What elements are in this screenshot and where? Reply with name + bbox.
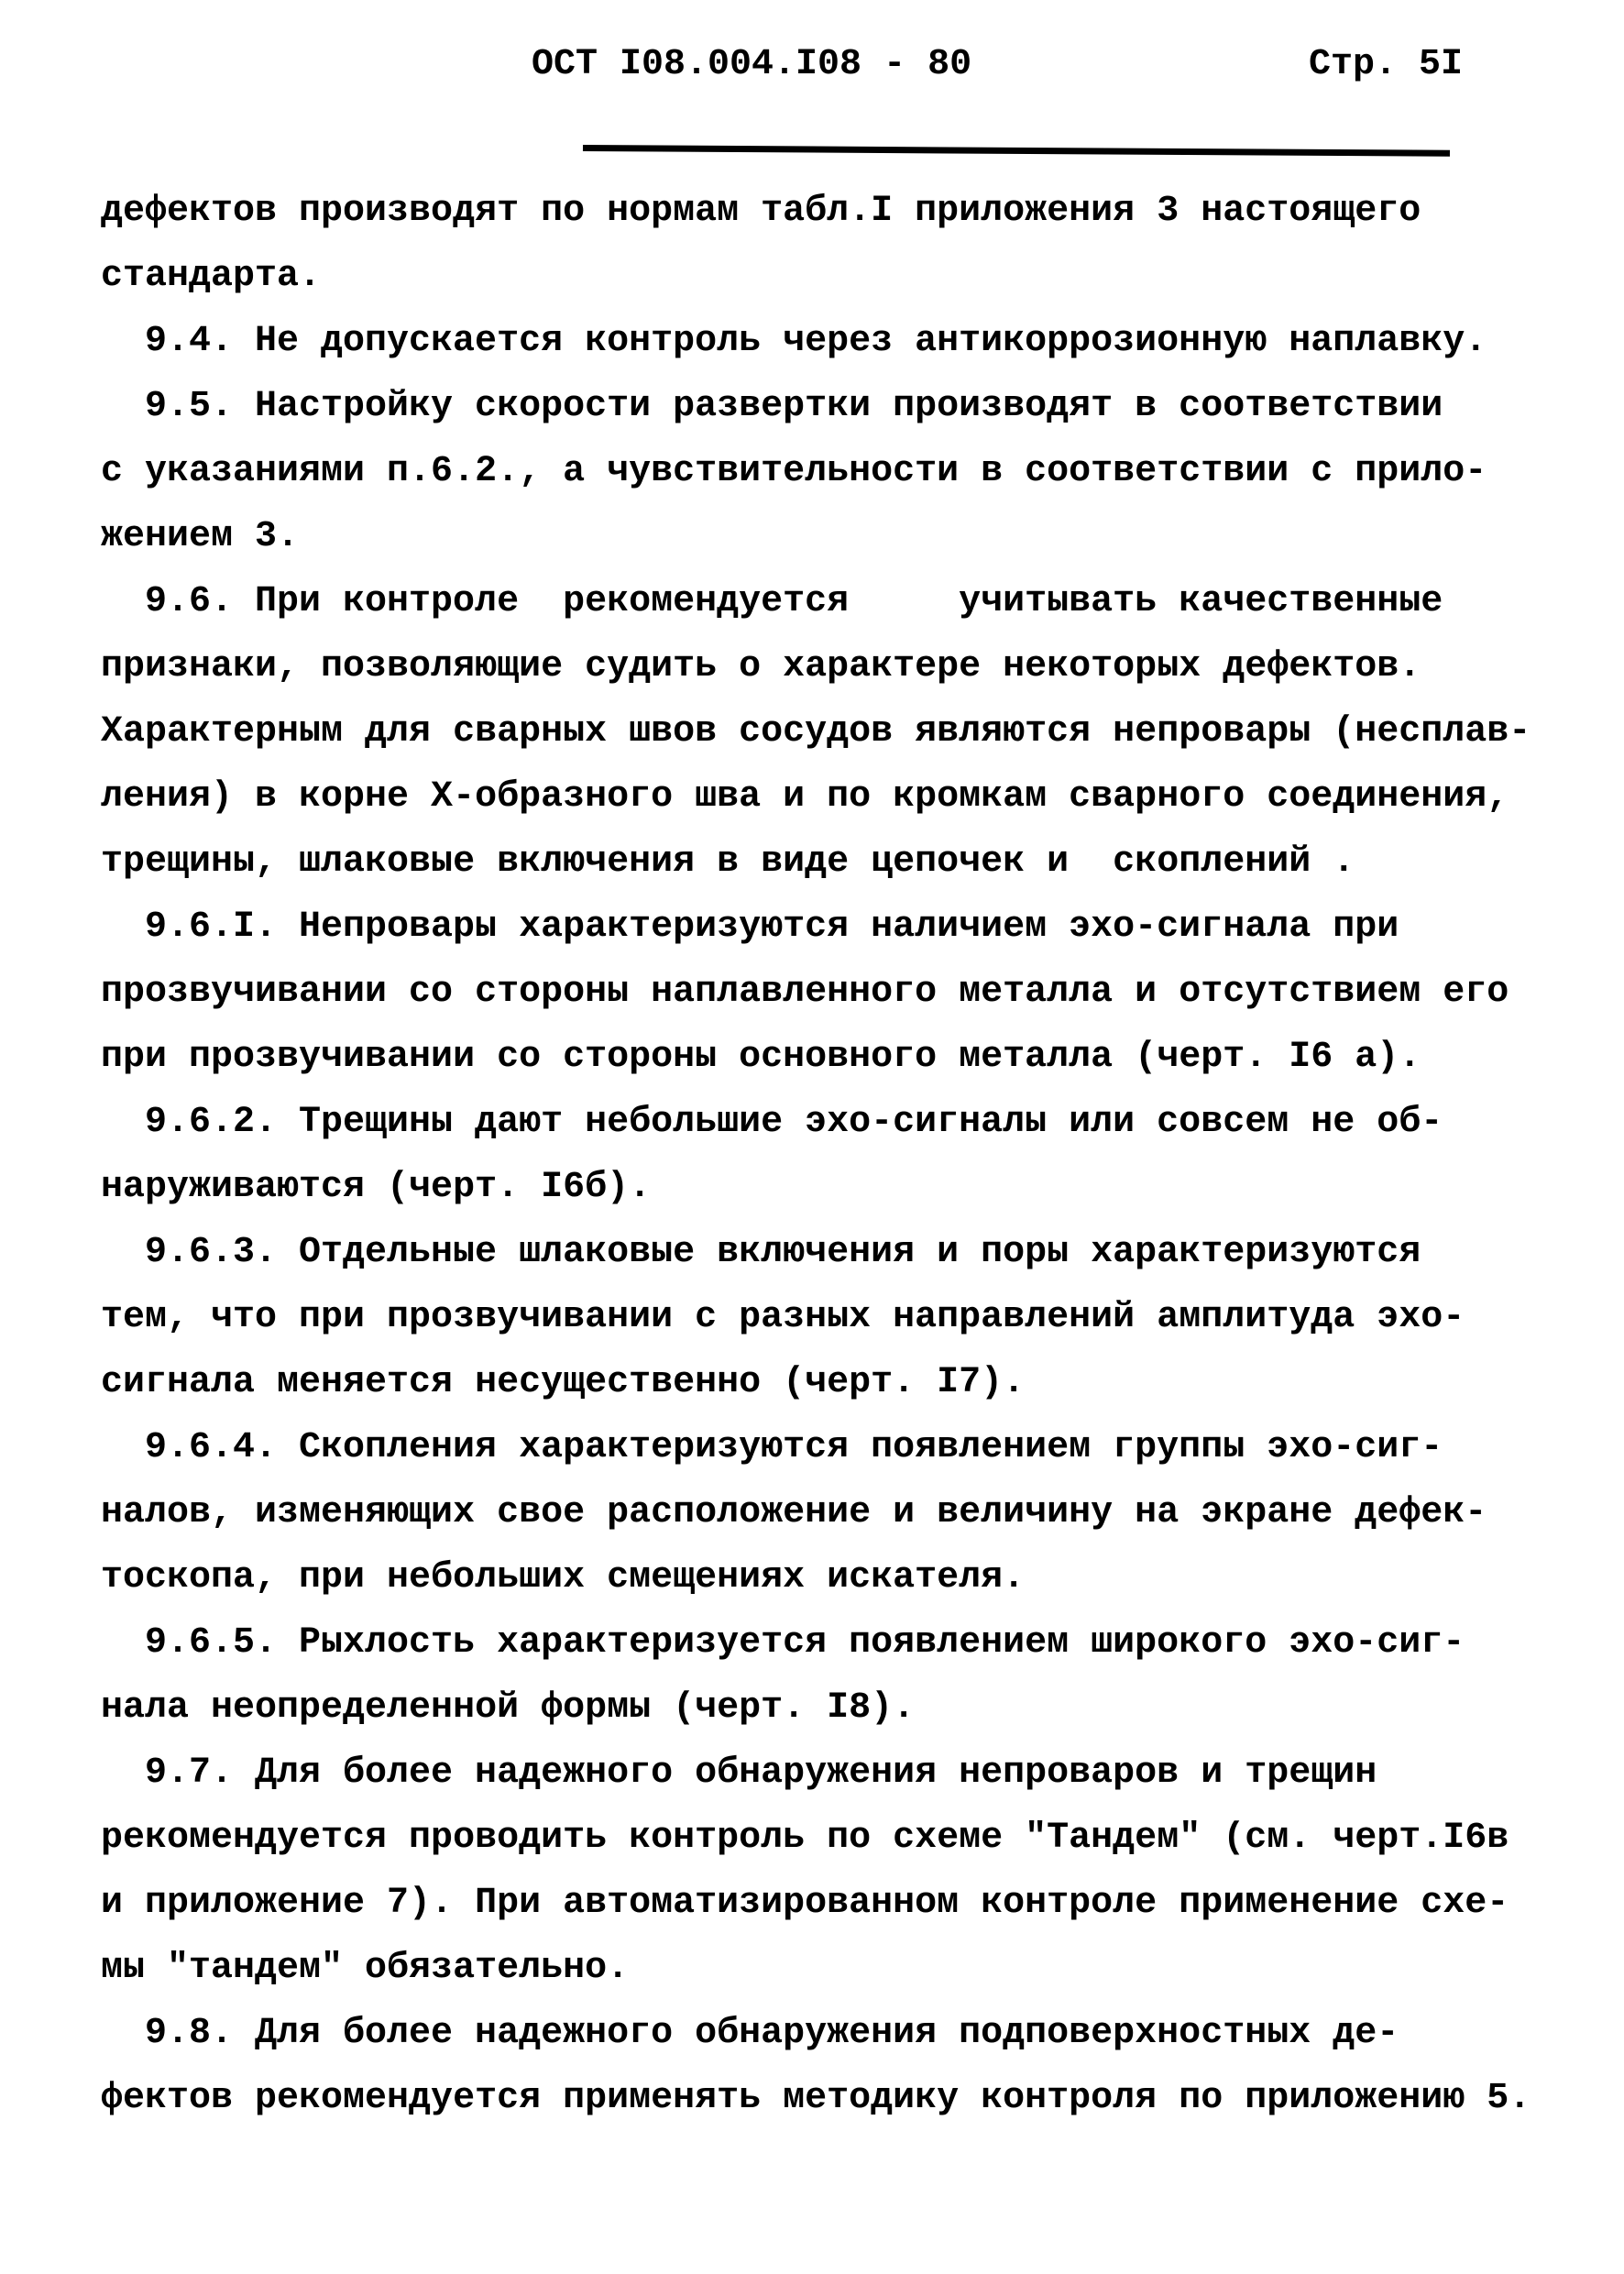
text-line: 9.6.I. Непровары характеризуются наличие… [101,895,1567,960]
text-line: с указаниями п.6.2., а чувствительности … [101,439,1567,504]
text-line: 9.4. Не допускается контроль через антик… [101,309,1567,374]
text-line: жением 3. [101,504,1567,569]
text-line: тем, что при прозвучивании с разных напр… [101,1285,1567,1350]
text-line: стандарта. [101,244,1567,309]
standard-number: ОСТ I08.004.I08 - 80 [532,44,971,85]
header-rule [583,145,1450,157]
text-line: сигнала меняется несущественно (черт. I7… [101,1350,1567,1415]
text-line: 9.5. Настройку скорости развертки произв… [101,374,1567,439]
text-line: 9.8. Для более надежного обнаружения под… [101,2001,1567,2066]
text-line: 9.6.4. Скопления характеризуются появлен… [101,1415,1567,1480]
text-line: прозвучивании со стороны наплавленного м… [101,960,1567,1025]
text-line: ления) в корне Х-образного шва и по кром… [101,764,1567,829]
document-body: дефектов производят по нормам табл.I при… [101,179,1567,2131]
text-line: при прозвучивании со стороны основного м… [101,1025,1567,1090]
text-line: 9.6.5. Рыхлость характеризуется появлени… [101,1610,1567,1675]
text-line: признаки, позволяющие судить о характере… [101,634,1567,699]
text-line: 9.7. Для более надежного обнаружения неп… [101,1741,1567,1806]
text-line: фектов рекомендуется применять методику … [101,2066,1567,2131]
text-line: 9.6. При контроле рекомендуется учитыват… [101,569,1567,634]
text-line: мы "тандем" обязательно. [101,1936,1567,2001]
text-line: Характерным для сварных швов сосудов явл… [101,699,1567,764]
text-line: 9.6.2. Трещины дают небольшие эхо-сигнал… [101,1090,1567,1155]
scanned-document-page: ОСТ I08.004.I08 - 80 Стр. 5I дефектов пр… [0,0,1624,2274]
text-line: наруживаются (черт. I6б). [101,1155,1567,1220]
page-number: Стр. 5I [1309,44,1463,85]
text-line: нала неопределенной формы (черт. I8). [101,1675,1567,1741]
text-line: 9.6.3. Отдельные шлаковые включения и по… [101,1220,1567,1285]
text-line: и приложение 7). При автоматизированном … [101,1871,1567,1936]
text-line: дефектов производят по нормам табл.I при… [101,179,1567,244]
text-line: рекомендуется проводить контроль по схем… [101,1806,1567,1871]
text-line: трещины, шлаковые включения в виде цепоч… [101,829,1567,895]
text-line: налов, изменяющих свое расположение и ве… [101,1480,1567,1545]
text-line: тоскопа, при небольших смещениях искател… [101,1545,1567,1610]
